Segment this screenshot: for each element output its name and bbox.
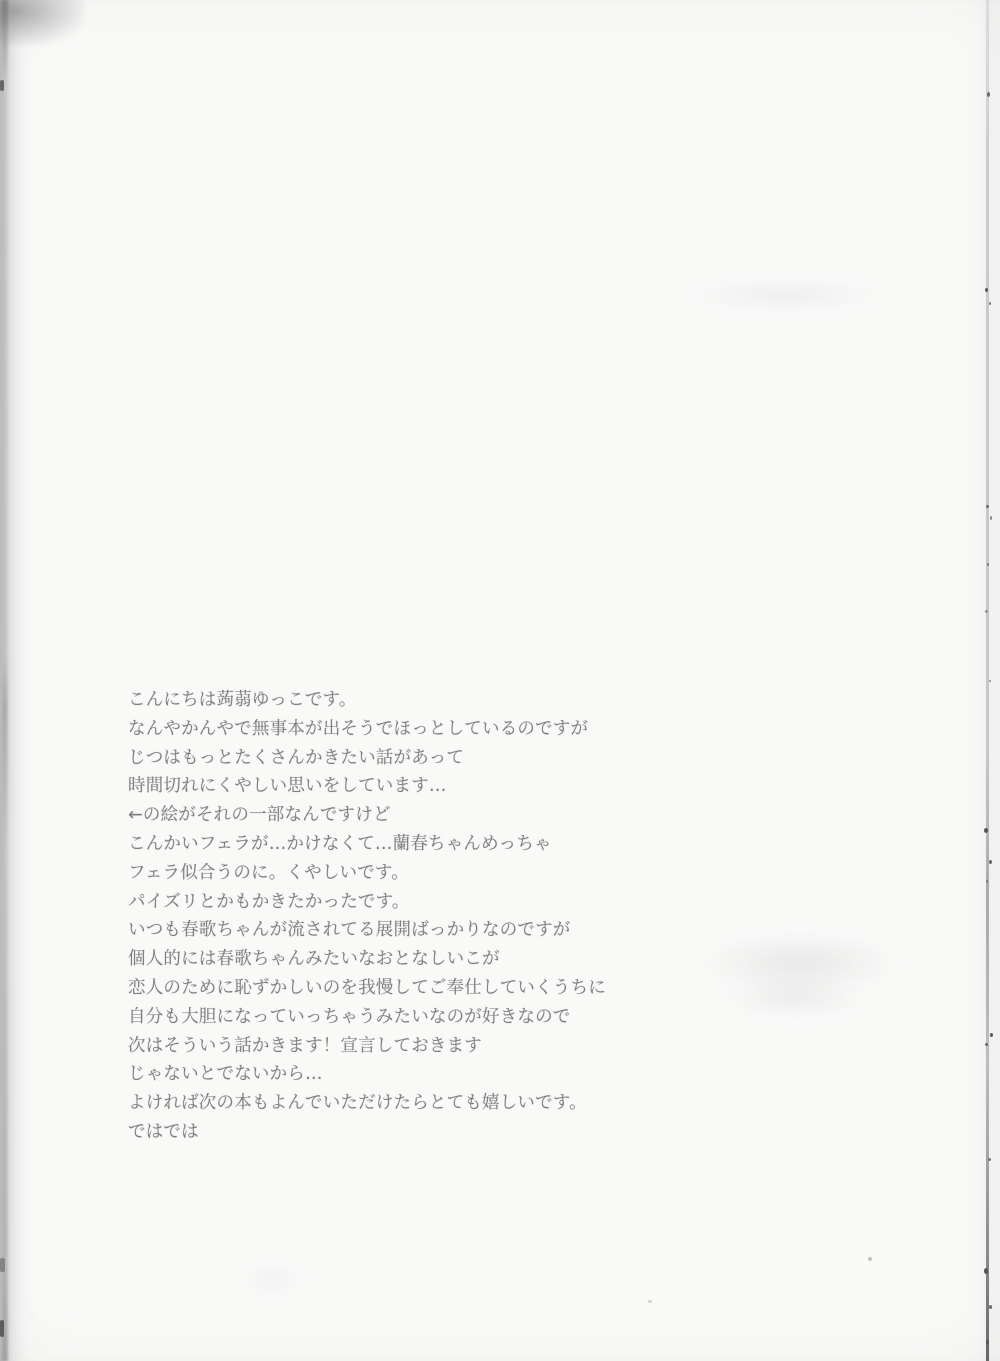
scan-speckle — [989, 860, 992, 864]
afterword-line: こんにちは蒟蒻ゆっこです。 — [128, 686, 748, 715]
afterword-line: なんやかんやで無事本が出そうでほっとしているのですが — [128, 715, 748, 744]
scanned-page: こんにちは蒟蒻ゆっこです。 なんやかんやで無事本が出そうでほっとしているのですが… — [0, 0, 1000, 1361]
scan-vignette — [0, 0, 1000, 1361]
scan-speckle — [987, 563, 989, 566]
afterword-line: よければ次の本もよんでいただけたらとても嬉しいです。 — [128, 1089, 748, 1118]
scan-speckle — [0, 1320, 4, 1337]
afterword-line: ←の絵がそれの一部なんですけど — [128, 801, 748, 830]
scan-speckle — [648, 1300, 652, 1303]
left-scan-streak — [2, 0, 8, 1361]
scan-speckle — [989, 302, 991, 305]
bleedthrough-smudge — [688, 278, 883, 312]
afterword-line: 恋人のために恥ずかしいのを我慢してご奉仕していくうちに — [128, 974, 748, 1003]
afterword-line: いつも春歌ちゃんが流されてる展開ばっかりなのですが — [128, 916, 748, 945]
afterword-text-block: こんにちは蒟蒻ゆっこです。 なんやかんやで無事本が出そうでほっとしているのですが… — [128, 686, 748, 1147]
scan-speckle — [989, 680, 991, 682]
afterword-line: 時間切れにくやしい思いをしています… — [128, 772, 748, 801]
afterword-line: 個人的には春歌ちゃんみたいなおとなしいこが — [128, 945, 748, 974]
afterword-line: パイズリとかもかきたかったです。 — [128, 888, 748, 917]
scan-speckle — [868, 1257, 872, 1261]
scan-speckle — [986, 880, 988, 883]
scan-speckle — [985, 1043, 988, 1046]
scan-speckle — [990, 516, 992, 520]
scan-speckle — [987, 92, 990, 97]
afterword-line: フェラ似合うのに。くやしいです。 — [128, 859, 748, 888]
scan-speckle — [985, 610, 988, 613]
scan-speckle — [988, 1158, 991, 1161]
scan-speckle — [0, 1258, 5, 1272]
afterword-line: じつはもっとたくさんかきたい話があって — [128, 744, 748, 773]
scan-speckle — [986, 1340, 989, 1345]
afterword-line: じゃないとでないから… — [128, 1060, 748, 1089]
scan-speckle — [984, 1268, 988, 1274]
afterword-line: 自分も大胆になっていっちゃうみたいなのが好きなので — [128, 1003, 748, 1032]
afterword-line: 次はそういう話かきます！宣言しておきます — [128, 1032, 748, 1061]
scan-speckle — [0, 80, 4, 91]
top-left-scan-shadow — [0, 0, 84, 46]
afterword-line: こんかいフェラが…かけなくて…蘭春ちゃんめっちゃ — [128, 830, 748, 859]
bleedthrough-smudge — [236, 1262, 306, 1296]
scan-speckle — [989, 1305, 992, 1309]
scan-speckle — [984, 828, 988, 833]
afterword-line: ではでは — [128, 1118, 748, 1147]
scan-speckle — [985, 288, 988, 292]
scan-speckle — [990, 1033, 993, 1037]
scan-speckle — [986, 505, 989, 508]
